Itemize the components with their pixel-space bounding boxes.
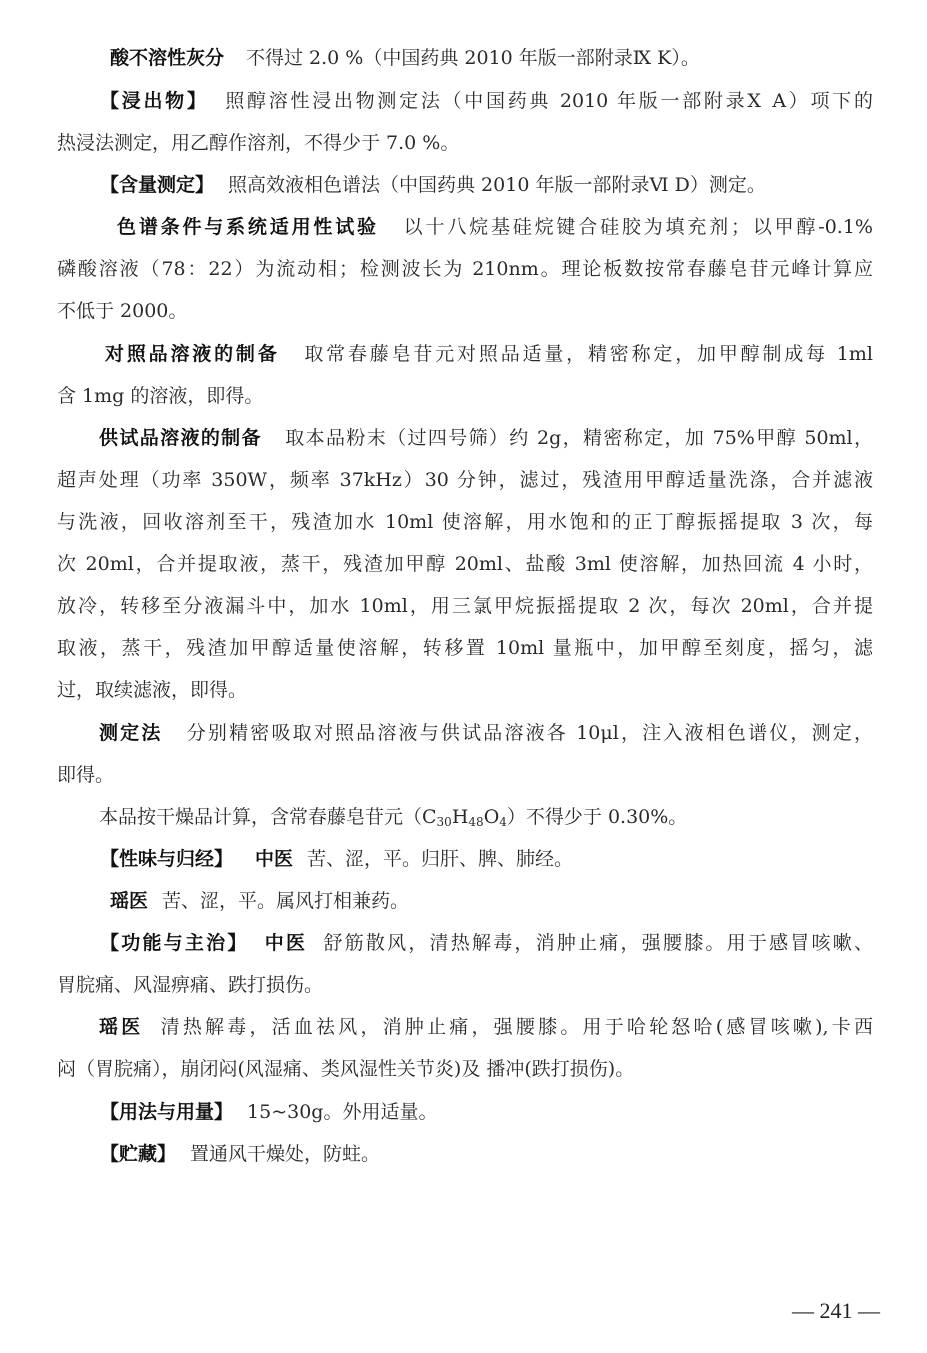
formula-sub-h: 48 bbox=[468, 815, 483, 829]
acid-insoluble-ash-line: 酸不溶性灰分不得过 2.0 %（中国药典 2010 年版一部附录Ⅸ K）。 bbox=[110, 43, 873, 73]
chromatography-line-3: 不低于 2000。 bbox=[57, 296, 873, 326]
storage-line: 【贮藏】置通风干燥处，防蛀。 bbox=[100, 1139, 873, 1169]
acid-insoluble-ash-text: 不得过 2.0 %（中国药典 2010 年版一部附录Ⅸ K）。 bbox=[246, 47, 700, 69]
storage-heading: 【贮藏】 bbox=[100, 1143, 176, 1165]
test-solution-text-1: 取本品粉末（过四号筛）约 2g，精密称定，加 75%甲醇 50ml， bbox=[284, 427, 873, 449]
reference-solution-line-1: 对照品溶液的制备取常春藤皂苷元对照品适量，精密称定，加甲醇制成每 1ml bbox=[105, 339, 873, 369]
nature-yao-label: 瑶医 bbox=[110, 890, 148, 912]
nature-meridian-heading: 【性味与归经】 bbox=[100, 848, 233, 870]
test-solution-line-6: 取液，蒸干，残渣加甲醇适量使溶解，转移置 10ml 量瓶中，加甲醇至刻度，摇匀，… bbox=[57, 633, 873, 663]
test-solution-text-4: 次 20ml，合并提取液，蒸干，残渣加甲醇 20ml、盐酸 3ml 使溶解，加热… bbox=[57, 553, 873, 575]
usage-dosage-heading: 【用法与用量】 bbox=[100, 1101, 233, 1123]
nature-meridian-line-2: 瑶医苦、涩，平。属风打相兼药。 bbox=[110, 886, 873, 916]
chromatography-line-1: 色谱条件与系统适用性试验以十八烷基硅烷键合硅胶为填充剂；以甲醇-0.1% bbox=[117, 212, 873, 242]
function-line-1: 【功能与主治】中医舒筋散风，清热解毒，消肿止痛，强腰膝。用于感冒咳嗽、 bbox=[100, 928, 873, 958]
determination-heading: 测定法 bbox=[99, 722, 163, 744]
function-tcm-text-2: 胃脘痛、风湿痹痛、跌打损伤。 bbox=[57, 974, 323, 996]
document-page: 酸不溶性灰分不得过 2.0 %（中国药典 2010 年版一部附录Ⅸ K）。 【浸… bbox=[0, 0, 927, 1353]
determination-text-1: 分别精密吸取对照品溶液与供试品溶液各 10μl，注入液相色谱仪，测定， bbox=[185, 722, 873, 744]
test-solution-text-7: 过，取续滤液，即得。 bbox=[57, 679, 247, 701]
extract-line-1: 【浸出物】照醇溶性浸出物测定法（中国药典 2010 年版一部附录Ⅹ A）项下的 bbox=[100, 86, 873, 116]
reference-solution-line-2: 含 1mg 的溶液，即得。 bbox=[57, 381, 873, 411]
nature-tcm-text: 苦、涩，平。归肝、脾、肺经。 bbox=[307, 848, 573, 870]
determination-text-2: 即得。 bbox=[57, 764, 114, 786]
formula-sub-o: 4 bbox=[499, 815, 507, 829]
nature-yao-text: 苦、涩，平。属风打相兼药。 bbox=[162, 890, 409, 912]
extract-line-2: 热浸法测定，用乙醇作溶剂，不得少于 7.0 %。 bbox=[57, 128, 873, 158]
content-limit-text-after: ）不得少于 0.30%。 bbox=[507, 806, 687, 828]
storage-text: 置通风干燥处，防蛀。 bbox=[190, 1143, 380, 1165]
assay-heading: 【含量测定】 bbox=[100, 174, 214, 196]
function-tcm-text-1: 舒筋散风，清热解毒，消肿止痛，强腰膝。用于感冒咳嗽、 bbox=[321, 932, 873, 954]
usage-dosage-line: 【用法与用量】15~30g。外用适量。 bbox=[100, 1097, 873, 1127]
test-solution-line-3: 与洗液，回收溶剂至干，残渣加水 10ml 使溶解，用水饱和的正丁醇振摇提取 3 … bbox=[57, 507, 873, 537]
test-solution-text-2: 超声处理（功率 350W，频率 37kHz）30 分钟，滤过，残渣用甲醇适量洗涤… bbox=[57, 469, 873, 491]
test-solution-line-5: 放冷，转移至分液漏斗中，加水 10ml，用三氯甲烷振摇提取 2 次，每次 20m… bbox=[57, 591, 873, 621]
usage-dosage-text: 15~30g。外用适量。 bbox=[247, 1101, 437, 1123]
function-yao-text-1: 清热解毒，活血祛风，消肿止痛，强腰膝。用于哈轮怒哈(感冒咳嗽),卡西 bbox=[157, 1016, 873, 1038]
assay-text: 照高效液相色谱法（中国药典 2010 年版一部附录Ⅵ D）测定。 bbox=[228, 174, 766, 196]
nature-meridian-line-1: 【性味与归经】中医苦、涩，平。归肝、脾、肺经。 bbox=[100, 844, 873, 874]
formula-h: H bbox=[452, 806, 469, 828]
test-solution-text-5: 放冷，转移至分液漏斗中，加水 10ml，用三氯甲烷振摇提取 2 次，每次 20m… bbox=[57, 595, 873, 617]
test-solution-text-6: 取液，蒸干，残渣加甲醇适量使溶解，转移置 10ml 量瓶中，加甲醇至刻度，摇匀，… bbox=[57, 637, 873, 659]
reference-solution-heading: 对照品溶液的制备 bbox=[105, 343, 280, 365]
acid-insoluble-ash-heading: 酸不溶性灰分 bbox=[110, 47, 224, 69]
chromatography-text-3: 不低于 2000。 bbox=[57, 300, 187, 322]
function-line-3: 瑶医清热解毒，活血祛风，消肿止痛，强腰膝。用于哈轮怒哈(感冒咳嗽),卡西 bbox=[99, 1012, 873, 1042]
determination-line-1: 测定法分别精密吸取对照品溶液与供试品溶液各 10μl，注入液相色谱仪，测定， bbox=[99, 718, 873, 748]
assay-line: 【含量测定】照高效液相色谱法（中国药典 2010 年版一部附录Ⅵ D）测定。 bbox=[100, 170, 873, 200]
function-yao-label: 瑶医 bbox=[99, 1016, 143, 1038]
function-yao-text-2: 闷（胃脘痛），崩闭闷(风湿痛、类风湿性关节炎)及 播冲(跌打损伤)。 bbox=[57, 1058, 634, 1080]
content-limit-text-before: 本品按干燥品计算，含常春藤皂苷元（C bbox=[99, 806, 437, 828]
page-number: — 241 — bbox=[792, 1298, 880, 1324]
chromatography-text-2: 磷酸溶液（78：22）为流动相；检测波长为 210nm。理论板数按常春藤皂苷元峰… bbox=[57, 258, 873, 280]
extract-heading: 【浸出物】 bbox=[100, 90, 209, 112]
function-line-2: 胃脘痛、风湿痹痛、跌打损伤。 bbox=[57, 970, 873, 1000]
test-solution-line-2: 超声处理（功率 350W，频率 37kHz）30 分钟，滤过，残渣用甲醇适量洗涤… bbox=[57, 465, 873, 495]
formula-o: O bbox=[484, 806, 500, 828]
function-line-4: 闷（胃脘痛），崩闭闷(风湿痛、类风湿性关节炎)及 播冲(跌打损伤)。 bbox=[57, 1054, 873, 1084]
nature-tcm-label: 中医 bbox=[255, 848, 293, 870]
content-limit-line: 本品按干燥品计算，含常春藤皂苷元（C30H48O4）不得少于 0.30%。 bbox=[99, 802, 873, 832]
chromatography-text-1: 以十八烷基硅烷键合硅胶为填充剂；以甲醇-0.1% bbox=[401, 216, 873, 238]
test-solution-line-7: 过，取续滤液，即得。 bbox=[57, 675, 873, 705]
reference-solution-text-1: 取常春藤皂苷元对照品适量，精密称定，加甲醇制成每 1ml bbox=[302, 343, 873, 365]
test-solution-text-3: 与洗液，回收溶剂至干，残渣加水 10ml 使溶解，用水饱和的正丁醇振摇提取 3 … bbox=[57, 511, 873, 533]
determination-line-2: 即得。 bbox=[57, 760, 873, 790]
test-solution-line-4: 次 20ml，合并提取液，蒸干，残渣加甲醇 20ml、盐酸 3ml 使溶解，加热… bbox=[57, 549, 873, 579]
formula-sub-c: 30 bbox=[437, 815, 452, 829]
test-solution-line-1: 供试品溶液的制备取本品粉末（过四号筛）约 2g，精密称定，加 75%甲醇 50m… bbox=[99, 423, 873, 453]
chromatography-heading: 色谱条件与系统适用性试验 bbox=[117, 216, 379, 238]
function-tcm-label: 中医 bbox=[263, 932, 308, 954]
chromatography-line-2: 磷酸溶液（78：22）为流动相；检测波长为 210nm。理论板数按常春藤皂苷元峰… bbox=[57, 254, 873, 284]
test-solution-heading: 供试品溶液的制备 bbox=[99, 427, 262, 449]
extract-text-1: 照醇溶性浸出物测定法（中国药典 2010 年版一部附录Ⅹ A）项下的 bbox=[223, 90, 873, 112]
function-heading: 【功能与主治】 bbox=[100, 932, 249, 954]
reference-solution-text-2: 含 1mg 的溶液，即得。 bbox=[57, 385, 263, 407]
extract-text-2: 热浸法测定，用乙醇作溶剂，不得少于 7.0 %。 bbox=[57, 132, 459, 154]
